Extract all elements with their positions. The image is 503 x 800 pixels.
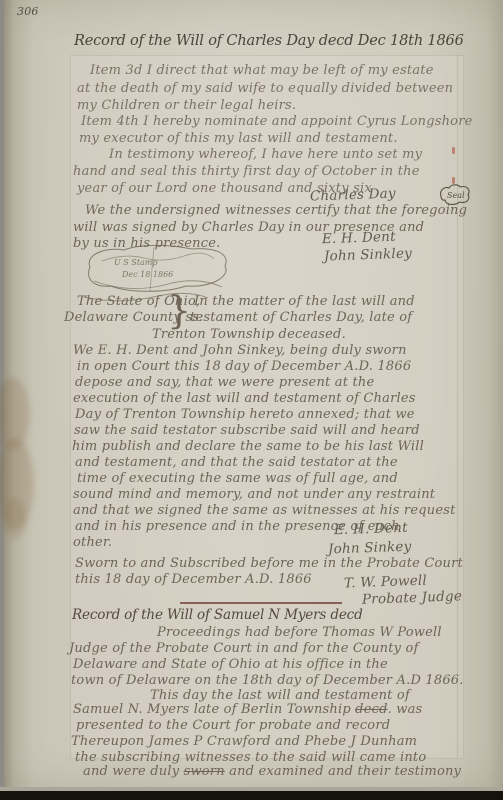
handwritten-line: Proceedings had before Thomas W Powell xyxy=(157,626,442,639)
red-margin-mark xyxy=(452,147,455,154)
handwritten-line: We E. H. Dent and John Sinkey, being dul… xyxy=(73,344,407,357)
handwritten-line: and testament, and that the said testato… xyxy=(75,456,398,469)
handwritten-line: at the death of my said wife to equally … xyxy=(77,82,453,95)
page-number: 306 xyxy=(17,6,39,17)
handwritten-line: depose and say, that we were present at … xyxy=(75,376,374,389)
record-heading-samuel-myers: Record of the Will of Samuel N Myers dec… xyxy=(72,608,363,622)
curly-brace: } xyxy=(167,291,191,329)
matter-line: testament of Charles Day, late of xyxy=(190,311,412,324)
judge-signature: T. W. Powell xyxy=(344,575,427,591)
handwritten-line: and were duly sworn and examined and the… xyxy=(83,765,461,778)
matter-line: In the matter of the last will and xyxy=(194,295,415,308)
right-rule-line xyxy=(457,55,458,757)
stamp-note-line: Dec 18 1866 xyxy=(121,270,173,279)
handwritten-line: and that we signed the same as witnesses… xyxy=(73,504,456,517)
record-heading-charles-day: Record of the Will of Charles Day decd D… xyxy=(74,33,464,48)
handwritten-line: Thereupon James P Crawford and Phebe J D… xyxy=(71,735,417,748)
matter-line: Trenton Township deceased. xyxy=(152,328,346,341)
handwritten-line: execution of the last will and testament… xyxy=(73,392,416,405)
handwritten-line: Delaware and State of Ohio at his office… xyxy=(73,658,388,671)
line-part: and examined and their testimony xyxy=(225,764,461,779)
handwritten-line: In testimony whereof, I have here unto s… xyxy=(109,148,422,161)
book-edge-shadow xyxy=(0,791,503,800)
line-part: . was xyxy=(388,702,423,717)
handwritten-line: Item 4th I hereby nominate and appoint C… xyxy=(81,115,473,128)
stamp-note-line: U S Stamp xyxy=(114,258,157,267)
handwritten-line: This day the last will and testament of xyxy=(150,689,410,702)
section-divider xyxy=(180,602,342,604)
judge-title: Probate Judge xyxy=(362,590,462,607)
witness-signature: E. H. Dent xyxy=(322,231,396,247)
witness-signature: E. H. Dent xyxy=(334,522,408,538)
seal-label: Seal xyxy=(447,191,465,200)
ledger-page: 306 Record of the Will of Charles Day de… xyxy=(4,0,503,790)
handwritten-line: sound mind and memory, and not under any… xyxy=(73,488,435,501)
handwritten-line: presented to the Court for probate and r… xyxy=(76,719,390,732)
page-stain xyxy=(4,498,26,540)
handwritten-line: in open Court this 18 day of December A.… xyxy=(77,360,411,373)
struck-word: decd xyxy=(355,702,387,717)
struck-word: sworn xyxy=(184,764,225,779)
testator-signature: Charles Day xyxy=(310,188,396,204)
handwritten-line: Day of Trenton Township hereto annexed; … xyxy=(75,408,415,421)
handwritten-line: hand and seal this thirty first day of O… xyxy=(73,165,420,178)
handwritten-line: my executor of this my last will and tes… xyxy=(79,132,398,145)
photograph-background: 306 Record of the Will of Charles Day de… xyxy=(0,0,503,800)
witness-signature: John Sinkey xyxy=(328,541,412,557)
handwritten-line: Samuel N. Myers late of Berlin Township … xyxy=(73,703,422,716)
handwritten-line: We the undersigned witnesses certify tha… xyxy=(85,204,467,217)
handwritten-line: time of executing the same was of full a… xyxy=(77,472,398,485)
handwritten-line: town of Delaware on the 18th day of Dece… xyxy=(71,674,464,687)
handwritten-line: other. xyxy=(73,536,112,549)
line-part: Samuel N. Myers late of Berlin Township xyxy=(73,702,355,717)
line-part: and were duly xyxy=(83,764,184,779)
handwritten-line: the subscribing witnesses to the said wi… xyxy=(75,751,426,764)
jurat-line: Sworn to and Subscribed before me in the… xyxy=(75,557,463,570)
handwritten-line: him publish and declare the same to be h… xyxy=(72,440,424,453)
handwritten-line: my Children or their legal heirs. xyxy=(77,99,296,112)
handwritten-line: Judge of the Probate Court in and for th… xyxy=(69,642,419,655)
witness-signature: John Sinkley xyxy=(324,247,412,264)
jurat-line: this 18 day of December A.D. 1866 xyxy=(75,573,312,586)
handwritten-line: saw the said testator subscribe said wil… xyxy=(74,424,420,437)
handwritten-line: Item 3d I direct that what may be left o… xyxy=(90,64,434,77)
